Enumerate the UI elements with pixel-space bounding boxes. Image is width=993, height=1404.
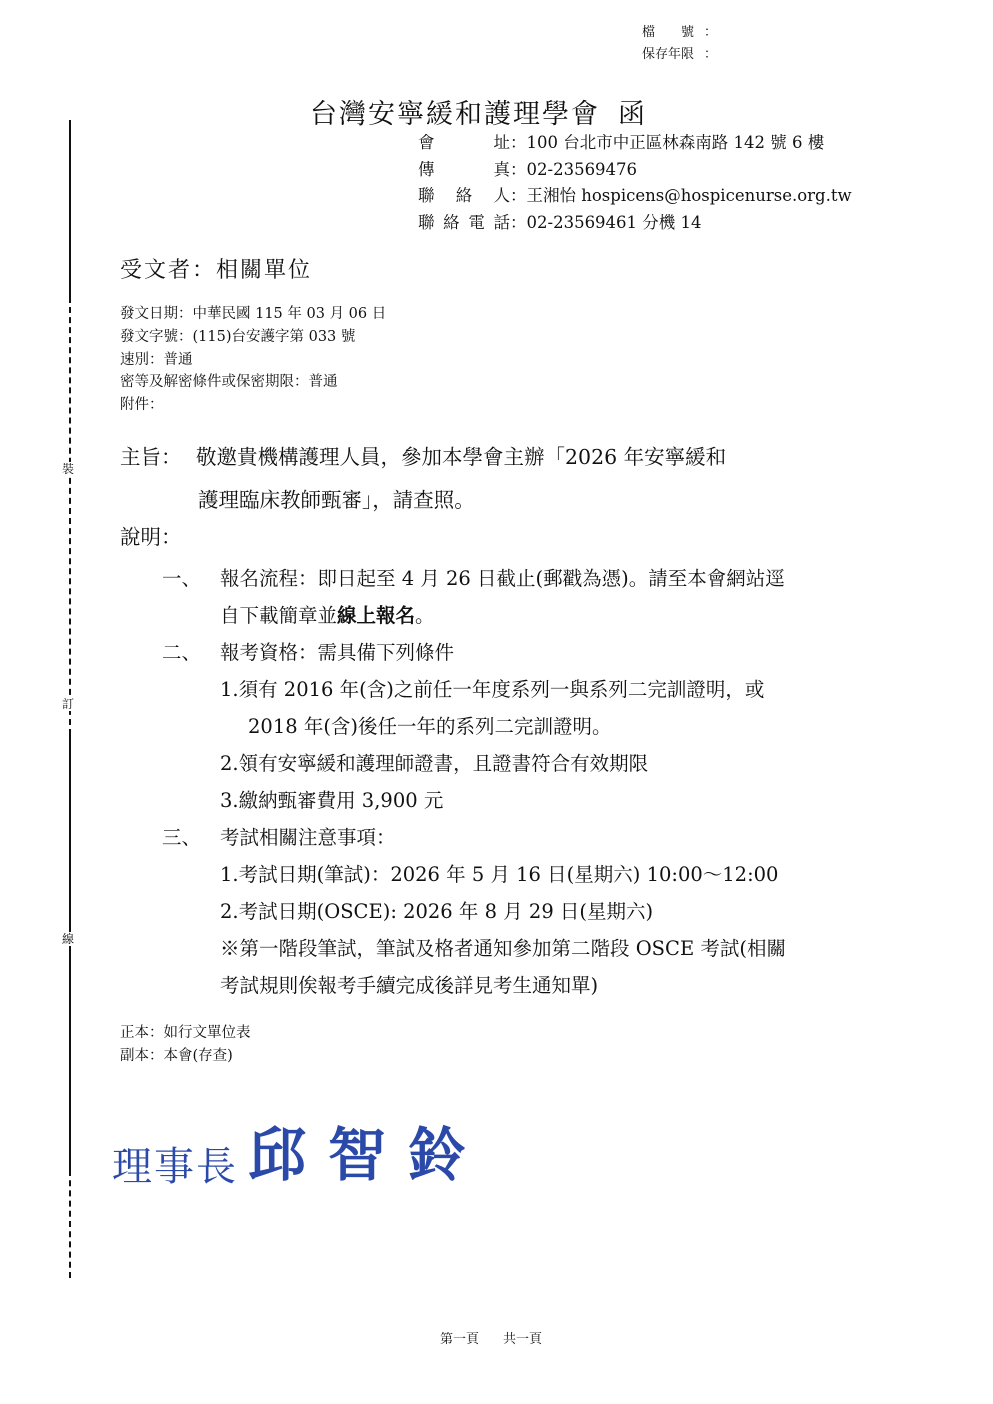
urgency: 速別：普通 bbox=[120, 349, 386, 372]
original-copy: 正本：如行文單位表 bbox=[120, 1022, 251, 1045]
confidentiality: 密等及解密條件或保密期限：普通 bbox=[120, 371, 386, 394]
description-sections: 一、報名流程：即日起至 4 月 26 日截止(郵戳為憑)。請至本會網站逕 自下載… bbox=[162, 560, 786, 1004]
list-item-continued: 2018 年(含)後任一年的系列二完訓證明。 bbox=[162, 708, 786, 745]
section-number: 一、 bbox=[162, 560, 220, 597]
note-item: ※第一階段筆試，筆試及格者通知參加第二階段 OSCE 考試(相關 bbox=[162, 930, 786, 967]
subject: 主旨：敬邀貴機構護理人員，參加本學會主辦「2026 年安寧緩和 護理臨床教師甄審… bbox=[120, 436, 726, 522]
list-item: 1.須有 2016 年(含)之前任一年度系列一與系列二完訓證明，或 bbox=[162, 671, 786, 708]
header-fields: 發文日期：中華民國 115 年 03 月 06 日 發文字號：(115)台安護字… bbox=[120, 303, 386, 417]
binding-line-dashed bbox=[69, 297, 71, 735]
note-item-continued: 考試規則俟報考手續完成後詳見考生通知單) bbox=[162, 967, 786, 1004]
subject-line-2: 護理臨床教師甄審」，請查照。 bbox=[120, 479, 726, 522]
contact-block: 會 址：100 台北市中正區林森南路 142 號 6 樓 傳 真：02-2356… bbox=[418, 130, 852, 236]
binding-line-solid bbox=[69, 120, 71, 297]
section-2: 二、報考資格：需具備下列條件 1.須有 2016 年(含)之前任一年度系列一與系… bbox=[162, 634, 786, 819]
list-item: 2.領有安寧緩和護理師證書，且證書符合有效期限 bbox=[162, 745, 786, 782]
binding-label-xian: 線 bbox=[62, 932, 74, 946]
list-item: 3.繳納甄審費用 3,900 元 bbox=[162, 782, 786, 819]
org-name: 台灣安寧緩和護理學會 bbox=[310, 99, 600, 130]
retention-period: 保存年限： bbox=[642, 44, 717, 66]
subject-label: 主旨： bbox=[120, 436, 196, 479]
section-number: 二、 bbox=[162, 634, 220, 671]
issue-date: 發文日期：中華民國 115 年 03 月 06 日 bbox=[120, 303, 386, 326]
description-label: 說明： bbox=[120, 520, 182, 550]
page-total: 共一頁 bbox=[503, 1332, 542, 1347]
document-number: 發文字號：(115)台安護字第 033 號 bbox=[120, 326, 386, 349]
contact-address: 會 址：100 台北市中正區林森南路 142 號 6 樓 bbox=[418, 130, 852, 157]
archive-meta: 檔 號： 保存年限： bbox=[642, 22, 717, 66]
document-title: 台灣安寧緩和護理學會函 bbox=[310, 92, 647, 131]
archive-number: 檔 號： bbox=[642, 22, 717, 44]
carbon-copy: 副本：本會(存查) bbox=[120, 1045, 251, 1068]
section-3: 三、考試相關注意事項： 1.考試日期(筆試)：2026 年 5 月 16 日(星… bbox=[162, 819, 786, 1004]
page-footer: 第一頁共一頁 bbox=[440, 1328, 542, 1347]
section-1: 一、報名流程：即日起至 4 月 26 日截止(郵戳為憑)。請至本會網站逕 自下載… bbox=[162, 560, 786, 634]
recipient: 受文者：相關單位 bbox=[120, 253, 312, 284]
list-item: 2.考試日期(OSCE): 2026 年 8 月 29 日(星期六) bbox=[162, 893, 786, 930]
signer-name: 邱智鈴 bbox=[248, 1121, 488, 1189]
signer-role: 理事長 bbox=[112, 1144, 238, 1190]
contact-person: 聯絡人：王湘怡 hospicens@hospicenurse.org.tw bbox=[418, 183, 852, 210]
page-number: 第一頁 bbox=[440, 1332, 479, 1347]
binding-line-dashed bbox=[69, 1170, 71, 1278]
section-number: 三、 bbox=[162, 819, 220, 856]
contact-fax: 傳 真：02-23569476 bbox=[418, 157, 852, 184]
binding-line-solid bbox=[69, 735, 71, 1170]
binding-label-zhuang: 裝 bbox=[62, 462, 74, 476]
list-item: 1.考試日期(筆試)：2026 年 5 月 16 日(星期六) 10:00～12… bbox=[162, 856, 786, 893]
online-registration-emphasis: 線上報名 bbox=[337, 604, 415, 627]
subject-line-1: 敬邀貴機構護理人員，參加本學會主辦「2026 年安寧緩和 bbox=[196, 445, 726, 469]
distribution: 正本：如行文單位表 副本：本會(存查) bbox=[120, 1022, 251, 1068]
signature-stamp: 理事長邱智鈴 bbox=[112, 1108, 488, 1192]
attachments: 附件： bbox=[120, 394, 386, 417]
doc-type: 函 bbox=[618, 99, 647, 130]
contact-phone: 聯絡電話：02-23569461 分機 14 bbox=[418, 210, 852, 237]
binding-label-ding: 訂 bbox=[62, 697, 74, 711]
